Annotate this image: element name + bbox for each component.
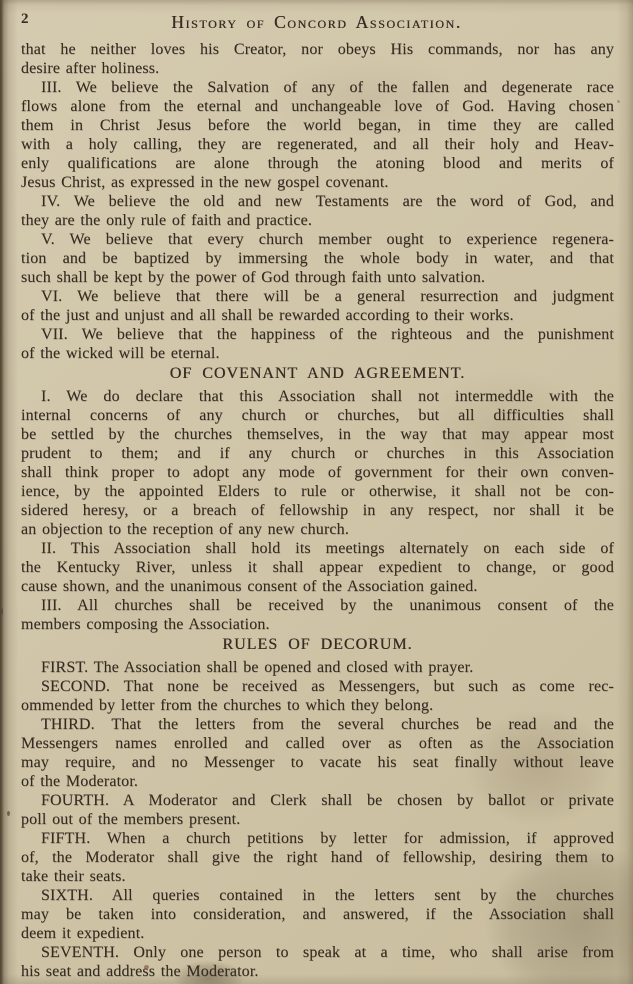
text-line: IV. We believe the old and new Testament… [21, 192, 614, 211]
text-line: FOURTH. A Moderator and Clerk shall be c… [21, 791, 614, 810]
text-line: III. We believe the Salvation of any of … [21, 78, 614, 97]
ink-speck [144, 965, 149, 969]
text-line: may be taken into consideration, and ans… [21, 905, 614, 924]
text-line: VI. We believe that there will be a gene… [21, 287, 614, 306]
text-line: of the Moderator. [21, 772, 614, 791]
text-line: members composing the Association. [21, 615, 614, 634]
text-line: his seat and address the Moderator. [21, 962, 614, 981]
book-page-scan: 2 History of Concord Association. that h… [0, 0, 633, 984]
paragraph: SEVENTH. Only one person to speak at a t… [21, 943, 614, 981]
running-header-title: History of Concord Association. [0, 12, 633, 33]
page-body: that he neither loves his Creator, nor o… [0, 38, 633, 981]
text-line: take their seats. [21, 867, 614, 886]
text-line: of, the Moderator shall give the right h… [21, 848, 614, 867]
text-line: internal concerns of any church or churc… [21, 406, 614, 425]
running-header: 2 History of Concord Association. [0, 0, 633, 38]
text-line: such shall be kept by the power of God t… [21, 268, 614, 287]
text-line: deem it expedient. [21, 924, 614, 943]
text-line: FIFTH. When a church petitions by letter… [21, 829, 614, 848]
text-line: sidered heresy, or a breach of fellowshi… [21, 501, 614, 520]
paragraph: FOURTH. A Moderator and Clerk shall be c… [21, 791, 614, 829]
text-line: ience, by the appointed Elders to rule o… [21, 482, 614, 501]
text-line: FIRST. The Association shall be opened a… [21, 658, 614, 677]
text-line: flows alone from the eternal and unchang… [21, 97, 614, 116]
text-line: II. This Association shall hold its meet… [21, 539, 614, 558]
text-line: V. We believe that every church member o… [21, 230, 614, 249]
paragraph: IV. We believe the old and new Testament… [21, 192, 614, 230]
text-line: of the wicked will be eternal. [21, 344, 614, 363]
text-line: SECOND. That none be received as Messeng… [21, 677, 614, 696]
section-heading: OF COVENANT AND AGREEMENT. [21, 364, 614, 383]
text-line: prudent to them; and if any church or ch… [21, 444, 614, 463]
paragraph: VI. We believe that there will be a gene… [21, 287, 614, 325]
text-line: that he neither loves his Creator, nor o… [21, 40, 614, 59]
text-line: be settled by the churches themselves, i… [21, 425, 614, 444]
text-line: an objection to the reception of any new… [21, 520, 614, 539]
text-line: VII. We believe that the happiness of th… [21, 325, 614, 344]
section-heading: RULES OF DECORUM. [21, 635, 614, 654]
text-line: they are the only rule of faith and prac… [21, 211, 614, 230]
ink-speck [1, 608, 3, 615]
ink-speck [7, 811, 10, 816]
text-line: enly qualifications are alone through th… [21, 154, 614, 173]
text-line: poll out of the members present. [21, 810, 614, 829]
text-line: Messengers names enrolled and called ove… [21, 734, 614, 753]
paragraph: III. We believe the Salvation of any of … [21, 78, 614, 192]
text-line: I. We do declare that this Association s… [21, 387, 614, 406]
paragraph: V. We believe that every church member o… [21, 230, 614, 287]
text-line: SIXTH. All queries contained in the lett… [21, 886, 614, 905]
text-line: SEVENTH. Only one person to speak at a t… [21, 943, 614, 962]
paragraph: SIXTH. All queries contained in the lett… [21, 886, 614, 943]
text-line: with a holy calling, they are regenerate… [21, 135, 614, 154]
paragraph: FIRST. The Association shall be opened a… [21, 658, 614, 677]
text-line: desire after holiness. [21, 59, 614, 78]
ink-speck [617, 100, 620, 103]
paragraph: THIRD. That the letters from the several… [21, 715, 614, 791]
text-line: them in Christ Jesus before the world be… [21, 116, 614, 135]
paragraph: I. We do declare that this Association s… [21, 387, 614, 539]
text-line: shall think proper to adopt any mode of … [21, 463, 614, 482]
text-line: ommended by letter from the churches to … [21, 696, 614, 715]
text-line: of the just and unjust and all shall be … [21, 306, 614, 325]
text-line: III. All churches shall be received by t… [21, 596, 614, 615]
text-line: tion and be baptized by immersing the wh… [21, 249, 614, 268]
paragraph: VII. We believe that the happiness of th… [21, 325, 614, 363]
paragraph: II. This Association shall hold its meet… [21, 539, 614, 596]
page-number: 2 [21, 11, 29, 28]
text-line: Jesus Christ, as expressed in the new go… [21, 173, 614, 192]
paragraph: that he neither loves his Creator, nor o… [21, 40, 614, 78]
text-line: cause shown, and the unanimous consent o… [21, 577, 614, 596]
paragraph: FIFTH. When a church petitions by letter… [21, 829, 614, 886]
paragraph: III. All churches shall be received by t… [21, 596, 614, 634]
paragraph: SECOND. That none be received as Messeng… [21, 677, 614, 715]
text-line: the Kentucky River, unless it shall appe… [21, 558, 614, 577]
text-line: THIRD. That the letters from the several… [21, 715, 614, 734]
text-line: may require, and no Messenger to vacate … [21, 753, 614, 772]
